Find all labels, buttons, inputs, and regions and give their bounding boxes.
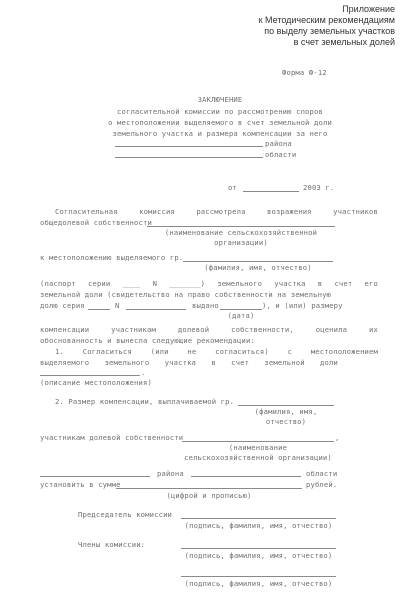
title-line-1: согласительной комиссии по рассмотрению … bbox=[60, 107, 380, 116]
text: Согласиться bbox=[83, 347, 132, 356]
text: с bbox=[288, 347, 292, 356]
recipient-fio-field[interactable] bbox=[238, 405, 334, 406]
text: в bbox=[318, 279, 322, 288]
district-field[interactable] bbox=[115, 146, 263, 147]
text: (паспорт bbox=[40, 279, 76, 288]
text: серии bbox=[88, 279, 110, 288]
text: собственности, bbox=[231, 325, 294, 334]
paragraph-4-line-1: компенсации участникам долевой собственн… bbox=[40, 325, 378, 334]
member-2-signature-field[interactable] bbox=[181, 576, 336, 577]
hint-signature-member-2: (подпись, фамилия, имя, отчество) bbox=[181, 579, 336, 588]
text: его bbox=[365, 279, 378, 288]
text: согласиться) bbox=[215, 347, 269, 356]
text: в bbox=[211, 358, 215, 367]
organization-field[interactable] bbox=[147, 226, 335, 227]
form-number: Форма Ф-12 bbox=[282, 68, 327, 77]
hint-amount: (цифрой и прописью) bbox=[116, 491, 302, 500]
owners-label: участникам долевой собственности bbox=[40, 433, 183, 442]
issue-date-field[interactable] bbox=[220, 309, 262, 310]
region-2-label: области bbox=[306, 469, 337, 478]
hint-signature-member-1: (подпись, фамилия, имя, отчество) bbox=[181, 551, 336, 560]
text: рассмотрела bbox=[196, 207, 245, 216]
region-field[interactable] bbox=[115, 157, 263, 158]
text: участка bbox=[274, 279, 305, 288]
district-label: района bbox=[265, 139, 292, 148]
text: комиссия bbox=[139, 207, 175, 216]
date-field[interactable] bbox=[243, 191, 299, 192]
paragraph-3-line-3a: долю серия bbox=[40, 301, 85, 310]
hint-fio-1: (фамилия, имя, bbox=[238, 407, 334, 416]
title-line-3: земельного участка и размера компенсации… bbox=[60, 129, 380, 138]
watermark-text: NoNumber.ru bbox=[12, 0, 80, 60]
recommendation-1-line-2: выделяемого земельного участка в счет зе… bbox=[40, 358, 338, 367]
text: N bbox=[153, 279, 157, 288]
appendix-line-3: по выделу земельных участков bbox=[264, 26, 395, 36]
recommendation-1-comma: . bbox=[141, 368, 145, 377]
text: местоположением bbox=[311, 347, 378, 356]
hint-organization-2b: сельскохозяйственной организации) bbox=[182, 453, 334, 462]
hint-organization-1: (наименование сельскохозяйственной bbox=[147, 228, 335, 237]
document-title: ЗАКЛЮЧЕНИЕ bbox=[60, 95, 380, 104]
paragraph-3-line-1: (паспорт серии ____ N _______) земельног… bbox=[40, 279, 378, 288]
text: оценила bbox=[316, 325, 347, 334]
paragraph-3-line-2: земельной доли (свидетельство на право с… bbox=[40, 290, 331, 299]
text: их bbox=[369, 325, 378, 334]
text: земельной bbox=[264, 358, 304, 367]
certificate-series-field[interactable] bbox=[88, 309, 110, 310]
text: участка bbox=[165, 358, 196, 367]
district-2-field[interactable] bbox=[40, 476, 150, 477]
appendix-line-1: Приложение bbox=[342, 4, 395, 14]
paragraph-2-line: к местоположению выделяемого гр. bbox=[40, 253, 183, 262]
text: (или bbox=[151, 347, 169, 356]
hint-fio: (фамилия, имя, отчество) bbox=[183, 263, 333, 272]
owners-comma: , bbox=[335, 433, 339, 442]
hint-organization-2a: (наименование bbox=[182, 443, 334, 452]
amount-suffix: рублей. bbox=[306, 480, 337, 489]
text: доли bbox=[320, 358, 338, 367]
text: земельного bbox=[217, 279, 262, 288]
hint-date: (дата) bbox=[220, 311, 262, 320]
amount-field[interactable] bbox=[116, 488, 302, 489]
paragraph-4-line-2: обоснованность и вынесла следующие реком… bbox=[40, 336, 255, 345]
paragraph-1-line-2: общедолевой собственности bbox=[40, 218, 152, 227]
recommendation-2-line: 2. Размер компенсации, выплачиваемой гр. bbox=[55, 397, 234, 406]
paragraph-1-line-1: Согласительная комиссия рассмотрела возр… bbox=[55, 207, 378, 216]
text: счет bbox=[231, 358, 249, 367]
organization-2-field[interactable] bbox=[182, 441, 334, 442]
text: возражения bbox=[267, 207, 312, 216]
paragraph-3-line-3b: N bbox=[115, 301, 119, 310]
text: Согласительная bbox=[55, 207, 118, 216]
hint-organization-2: организации) bbox=[147, 238, 335, 247]
text: участников bbox=[333, 207, 378, 216]
amount-prefix: установить в сумме bbox=[40, 480, 121, 489]
citizen-fio-field[interactable] bbox=[183, 261, 333, 262]
recommendation-1-line-1: 1. Согласиться (или не согласиться) с ме… bbox=[55, 347, 378, 356]
location-description-field[interactable] bbox=[40, 375, 140, 376]
hint-signature-chairman: (подпись, фамилия, имя, отчество) bbox=[181, 521, 336, 530]
certificate-number-field[interactable] bbox=[126, 309, 186, 310]
title-line-2: о местоположении выделяемого в счет земе… bbox=[60, 118, 380, 127]
chairman-label: Председатель комиссии bbox=[78, 510, 172, 519]
hint-fio-2: отчество) bbox=[238, 417, 334, 426]
passport-number-field[interactable]: _______) bbox=[169, 279, 205, 288]
chairman-signature-field[interactable] bbox=[181, 518, 336, 519]
date-year: 2003 г. bbox=[303, 183, 334, 192]
hint-location: (описание местоположения) bbox=[40, 378, 152, 387]
text: долевой bbox=[178, 325, 209, 334]
appendix-line-4: в счет земельных долей bbox=[294, 37, 395, 47]
date-prefix: от bbox=[228, 183, 237, 192]
text: выделяемого bbox=[40, 358, 89, 367]
paragraph-3-line-3c: выдано bbox=[192, 301, 219, 310]
text: компенсации bbox=[40, 325, 89, 334]
text: 1. bbox=[55, 347, 64, 356]
text: не bbox=[187, 347, 196, 356]
text: земельного bbox=[105, 358, 150, 367]
members-label: Члены комиссии: bbox=[78, 540, 145, 549]
district-2-label: района bbox=[157, 469, 184, 478]
text: счет bbox=[334, 279, 352, 288]
region-2-field[interactable] bbox=[191, 476, 301, 477]
region-label: области bbox=[265, 150, 296, 159]
appendix-line-2: к Методическим рекомендациям bbox=[259, 15, 395, 25]
member-1-signature-field[interactable] bbox=[181, 548, 336, 549]
passport-series-field[interactable]: ____ bbox=[123, 279, 141, 288]
paragraph-3-line-3d: ), и (или) размеру bbox=[262, 301, 343, 310]
text: участникам bbox=[111, 325, 156, 334]
